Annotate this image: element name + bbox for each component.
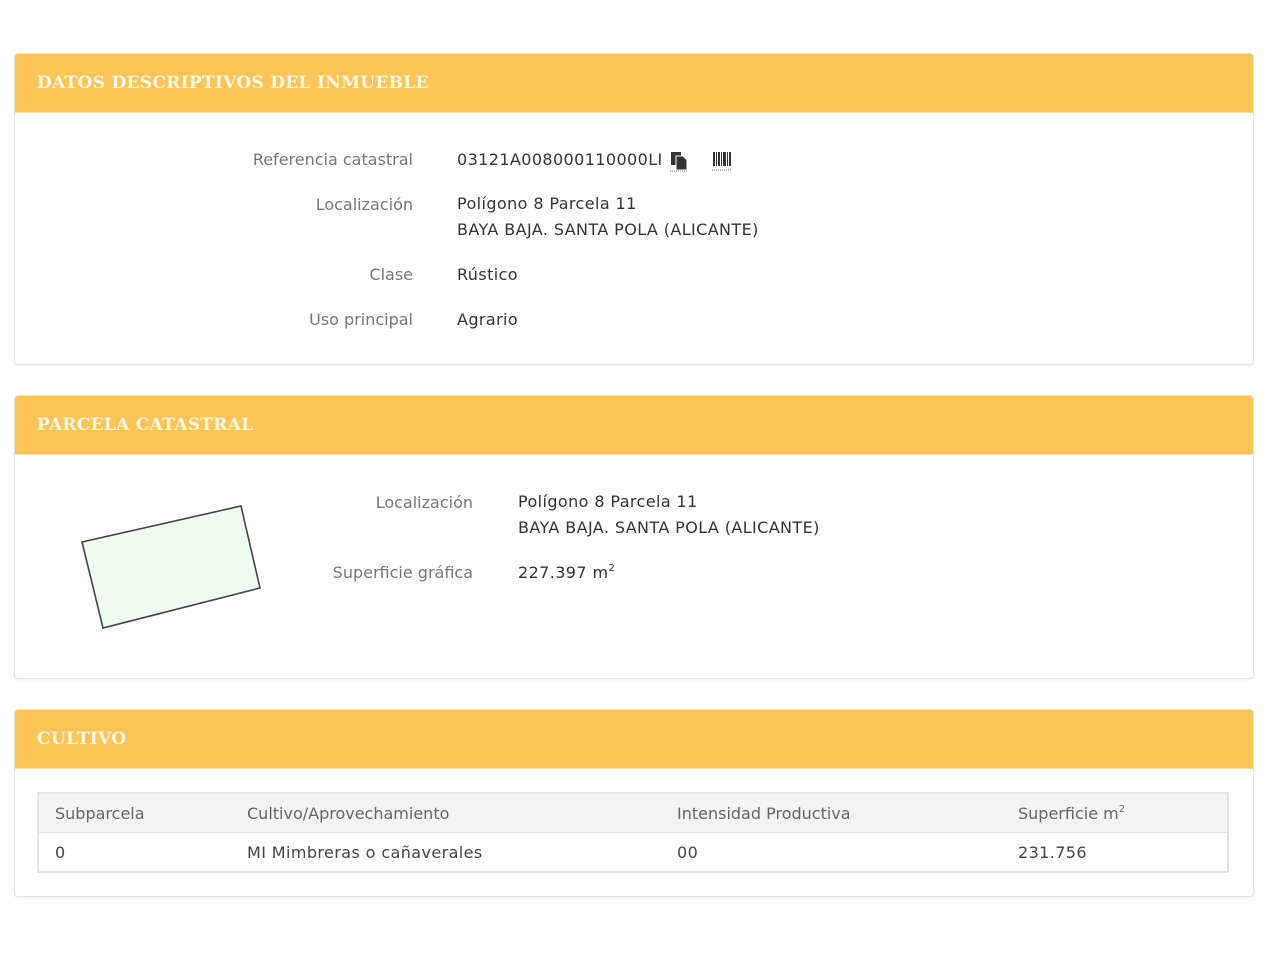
col-subparcela: Subparcela xyxy=(38,793,231,833)
datos-descriptivos-header: DATOS DESCRIPTIVOS DEL INMUEBLE xyxy=(15,54,1253,113)
cultivo-header: CULTIVO xyxy=(15,710,1253,769)
parcela-catastral-header: PARCELA CATASTRAL xyxy=(15,396,1253,455)
panel-title: CULTIVO xyxy=(37,729,126,749)
clase-value: Rústico xyxy=(457,265,518,284)
parcela-localizacion-row: Localización Polígono 8 Parcela 11 BAYA … xyxy=(15,493,820,541)
parcela-catastral-panel: PARCELA CATASTRAL Localización Polígono … xyxy=(14,395,1254,679)
superficie-number: 227.397 m xyxy=(518,563,608,582)
parcela-localizacion-line2: BAYA BAJA. SANTA POLA (ALICANTE) xyxy=(518,515,820,541)
referencia-row: Referencia catastral 03121A008000110000L… xyxy=(15,150,733,176)
datos-descriptivos-panel: DATOS DESCRIPTIVOS DEL INMUEBLE Referenc… xyxy=(14,53,1254,365)
localizacion-line1: Polígono 8 Parcela 11 xyxy=(457,191,759,217)
cultivo-table: Subparcela Cultivo/Aprovechamiento Inten… xyxy=(37,792,1229,873)
col-cultivo: Cultivo/Aprovechamiento xyxy=(231,793,661,833)
table-row: 0 MI Mimbreras o cañaverales 00 231.756 xyxy=(38,833,1228,873)
superficie-value: 227.397 m2 xyxy=(518,563,615,582)
col-intensidad: Intensidad Productiva xyxy=(661,793,1002,833)
superficie-label: Superficie gráfica xyxy=(15,563,473,582)
parcela-localizacion-value: Polígono 8 Parcela 11 BAYA BAJA. SANTA P… xyxy=(518,489,820,541)
barcode-icon[interactable] xyxy=(711,150,733,176)
referencia-value: 03121A008000110000LI xyxy=(457,150,663,176)
referencia-label: Referencia catastral xyxy=(15,150,413,176)
uso-label: Uso principal xyxy=(15,310,413,329)
parcela-localizacion-line1: Polígono 8 Parcela 11 xyxy=(518,489,820,515)
cell-cultivo: MI Mimbreras o cañaverales xyxy=(231,833,661,873)
table-header-row: Subparcela Cultivo/Aprovechamiento Inten… xyxy=(38,793,1228,833)
copy-icon[interactable] xyxy=(669,150,689,176)
clase-row: Clase Rústico xyxy=(15,265,518,284)
uso-row: Uso principal Agrario xyxy=(15,310,518,329)
panel-title: DATOS DESCRIPTIVOS DEL INMUEBLE xyxy=(37,73,429,93)
superficie-row: Superficie gráfica 227.397 m2 xyxy=(15,563,615,582)
cell-intensidad: 00 xyxy=(661,833,1002,873)
localizacion-row: Localización Polígono 8 Parcela 11 BAYA … xyxy=(15,195,759,243)
col-superficie: Superficie m2 xyxy=(1002,793,1228,833)
clase-label: Clase xyxy=(15,265,413,284)
col-superficie-label: Superficie m xyxy=(1018,804,1119,823)
localizacion-value: Polígono 8 Parcela 11 BAYA BAJA. SANTA P… xyxy=(457,191,759,243)
superficie-unit-sup: 2 xyxy=(608,563,615,574)
localizacion-label: Localización xyxy=(15,195,413,243)
cultivo-panel: CULTIVO Subparcela Cultivo/Aprovechamien… xyxy=(14,709,1254,897)
uso-value: Agrario xyxy=(457,310,518,329)
col-superficie-sup: 2 xyxy=(1119,804,1125,815)
localizacion-line2: BAYA BAJA. SANTA POLA (ALICANTE) xyxy=(457,217,759,243)
parcela-localizacion-label: Localización xyxy=(15,493,473,541)
cell-superficie: 231.756 xyxy=(1002,833,1228,873)
panel-title: PARCELA CATASTRAL xyxy=(37,415,253,435)
cell-subparcela: 0 xyxy=(38,833,231,873)
